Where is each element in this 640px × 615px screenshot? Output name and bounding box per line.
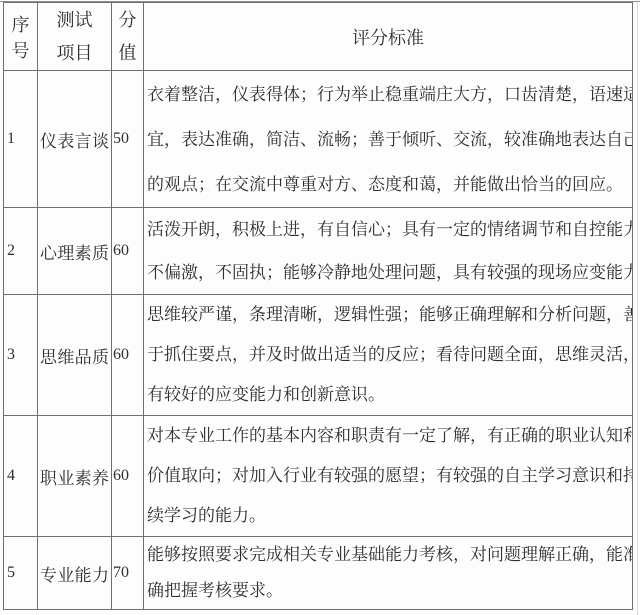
- cell-test-item: 思维品质: [38, 295, 112, 416]
- cell-score: 70: [112, 537, 144, 610]
- table-row: 2 心理素质 60 活泼开朗，积极上进，有自信心；具有一定的情绪调节和自控能力，…: [4, 208, 633, 295]
- header-serial: 序号: [4, 3, 38, 71]
- header-criteria: 评分标准: [144, 3, 633, 71]
- header-score: 分 值: [112, 3, 144, 71]
- cell-criteria: 能够按照要求完成相关专业基础能力考核，对问题理解正确，能准 确把握考核要求。: [144, 537, 633, 610]
- scanned-document-page: 序号 测试 项目 分 值 评分标准 1 仪表言谈: [0, 0, 640, 615]
- cell-score: 60: [112, 208, 144, 295]
- table-row: 4 职业素养 60 对本专业工作的基本内容和职责有一定了解，有正确的职业认知和 …: [4, 416, 633, 537]
- cell-test-item: 职业素养: [38, 416, 112, 537]
- table-row: 3 思维品质 60 思维较严谨，条理清晰，逻辑性强；能够正确理解和分析问题，善 …: [4, 295, 633, 416]
- cell-criteria: 思维较严谨，条理清晰，逻辑性强；能够正确理解和分析问题，善 于抓住要点，并及时做…: [144, 295, 633, 416]
- cell-criteria: 对本专业工作的基本内容和职责有一定了解，有正确的职业认知和 价值取向；对加入行业…: [144, 416, 633, 537]
- cell-criteria: 衣着整洁，仪表得体；行为举止稳重端庄大方，口齿清楚，语速适 宜，表达准确，简洁、…: [144, 71, 633, 208]
- header-score-line2: 值: [112, 37, 143, 70]
- scoring-criteria-table: 序号 测试 项目 分 值 评分标准 1 仪表言谈: [3, 2, 633, 610]
- criteria-line: 价值取向；对加入行业有较强的愿望；有较强的自主学习意识和持: [147, 456, 630, 496]
- criteria-line: 确把握考核要求。: [147, 573, 630, 609]
- header-score-line1: 分: [112, 4, 143, 37]
- table-row: 1 仪表言谈 50 衣着整洁，仪表得体；行为举止稳重端庄大方，口齿清楚，语速适 …: [4, 71, 633, 208]
- header-row: 序号 测试 项目 分 值 评分标准: [4, 3, 633, 71]
- criteria-line: 续学习的能力。: [147, 496, 630, 536]
- cell-test-item: 仪表言谈: [38, 71, 112, 208]
- criteria-line: 于抓住要点，并及时做出适当的反应；看待问题全面，思维灵活，: [147, 335, 630, 375]
- cell-serial: 3: [4, 295, 38, 416]
- criteria-line: 宜，表达准确，简洁、流畅；善于倾听、交流，较准确地表达自己: [147, 117, 630, 162]
- cell-serial: 2: [4, 208, 38, 295]
- criteria-line: 能够按照要求完成相关专业基础能力考核，对问题理解正确，能准: [147, 537, 630, 573]
- cell-score: 60: [112, 295, 144, 416]
- criteria-line: 衣着整洁，仪表得体；行为举止稳重端庄大方，口齿清楚，语速适: [147, 72, 630, 117]
- cell-serial: 4: [4, 416, 38, 537]
- criteria-line: 思维较严谨，条理清晰，逻辑性强；能够正确理解和分析问题，善: [147, 295, 630, 335]
- cell-score: 60: [112, 416, 144, 537]
- cell-score: 50: [112, 71, 144, 208]
- criteria-line: 对本专业工作的基本内容和职责有一定了解，有正确的职业认知和: [147, 416, 630, 456]
- table-row: 5 专业能力 70 能够按照要求完成相关专业基础能力考核，对问题理解正确，能准 …: [4, 537, 633, 610]
- cell-serial: 5: [4, 537, 38, 610]
- cell-serial: 1: [4, 71, 38, 208]
- header-test-item-line2: 项目: [38, 37, 111, 70]
- criteria-line: 有较好的应变能力和创新意识。: [147, 375, 630, 415]
- cell-test-item: 心理素质: [38, 208, 112, 295]
- cell-test-item: 专业能力: [38, 537, 112, 610]
- criteria-line: 活泼开朗，积极上进，有自信心；具有一定的情绪调节和自控能力，: [147, 208, 630, 251]
- criteria-line: 不偏激，不固执；能够冷静地处理问题，具有较强的现场应变能力。: [147, 251, 630, 294]
- scan-right-edge-line: [637, 0, 638, 615]
- header-test-item-line1: 测试: [38, 4, 111, 37]
- header-test-item: 测试 项目: [38, 3, 112, 71]
- criteria-line: 的观点；在交流中尊重对方、态度和蔼，并能做出恰当的回应。: [147, 162, 630, 207]
- cell-criteria: 活泼开朗，积极上进，有自信心；具有一定的情绪调节和自控能力， 不偏激，不固执；能…: [144, 208, 633, 295]
